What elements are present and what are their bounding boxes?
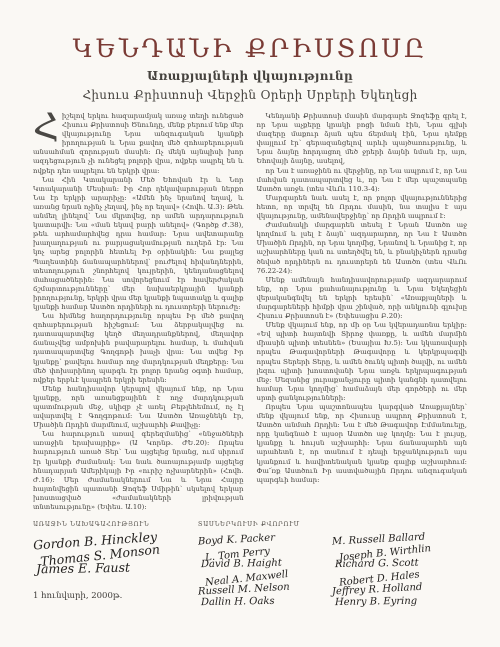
paragraph: Մենք ամենայն հանդիսավորությամբ ազդարարու… [257,276,468,321]
signature-area: ԱՌԱՋԻՆ ՆԱԽԱԳԱՀՈՒԹՅՈՒՆ Gordon B. Hinckley… [33,521,467,647]
paragraph: Կենդանի Քրիստոսի մասին մարգարե Ջոզեֆը գր… [257,112,468,167]
paragraph: Մենք վկայում ենք, որ մի օր Նա կվերադառնա… [257,321,468,403]
opening-paragraph: Հիշելով երկու հազարամյակ առաջ տեղի ունեց… [33,112,244,176]
paragraph: Մենք հանդիսավոր կերպով վկայում ենք, որ Ն… [33,385,244,430]
quorum-signatures-column2: M. Russell BallardJoseph B. WirthlinRich… [332,533,467,608]
paragraph: որ Նա է առաջինն ու վերջինը, որ Նա ապրում… [257,167,468,194]
body-columns: Հիշելով երկու հազարամյակ առաջ տեղի ունեց… [33,112,467,511]
signature: James E. Faust [36,560,192,577]
paragraph: Նա Հին Կտակարանի Մեծ Եհովան էր և Նոր Կտա… [33,176,244,312]
document-date: 1 հունվարի, 2000թ. [33,591,192,601]
quorum-block-right: M. Russell BallardJoseph B. WirthlinRich… [332,521,467,647]
opening-paragraph-text: իշելով երկու հազարամյակ առաջ տեղի ունեցա… [33,112,244,175]
left-column: Հիշելով երկու հազարամյակ առաջ տեղի ունեց… [33,112,244,511]
paragraph: Նա հիմնեց հաղորդությունը որպես Իր մեծ քա… [33,312,244,385]
paragraph: Որպես Նրա պաշտոնապես կարգված Առաքյալներ՝… [257,403,468,485]
left-paragraphs: Նա Հին Կտակարանի Մեծ Եհովան էր և Նոր Կտա… [33,176,244,511]
right-paragraphs: Կենդանի Քրիստոսի մասին մարգարե Ջոզեֆը գր… [257,112,468,485]
right-column: Կենդանի Քրիստոսի մասին մարգարե Ջոզեֆը գր… [257,112,468,511]
document-title: ԿԵՆԴԱՆԻ ՔՐԻՍՏՈՍԸ [33,34,467,63]
document-page: ԿԵՆԴԱՆԻ ՔՐԻՍՏՈՍԸ Առաքյալների վկայություն… [0,0,500,647]
first-presidency-heading: ԱՌԱՋԻՆ ՆԱԽԱԳԱՀՈՒԹՅՈՒՆ [33,521,192,529]
drop-cap: Հ [33,112,62,142]
quorum-block-left: ՏԱՍՆԵՐԿՈՒՍԻ ՔՎՈՐՈՒՄ Boyd K. PackerL. Tom… [198,521,333,647]
quorum-signatures-column1: Boyd K. PackerL. Tom PerryDavid B. Haigh… [198,533,333,608]
signature: Dallin H. Oaks [201,594,333,609]
signature: Henry B. Eyring [335,594,467,609]
paragraph: Նա հարություն առավ գերեզմանից՝ «ննջածներ… [33,430,244,511]
document-subtitle: Առաքյալների վկայությունը [33,69,467,83]
paragraph: Մարգարեն նաև ասել է, որ բոլոր վկայությու… [257,194,468,221]
quorum-heading-spacer [332,521,467,529]
church-name: Հիսուս Քրիստոսի Վերջին Օրերի Սրբերի Եկեղ… [33,88,467,102]
quorum-heading: ՏԱՍՆԵՐԿՈՒՍԻ ՔՎՈՐՈՒՄ [198,521,333,529]
first-presidency-signatures: Gordon B. HinckleyThomas S. MonsonJames … [33,533,192,575]
paragraph: Ժամանակի մարգարեն տեսել է Նրան Աստծո աջ … [257,221,468,276]
first-presidency-block: ԱՌԱՋԻՆ ՆԱԽԱԳԱՀՈՒԹՅՈՒՆ Gordon B. Hinckley… [33,521,198,647]
